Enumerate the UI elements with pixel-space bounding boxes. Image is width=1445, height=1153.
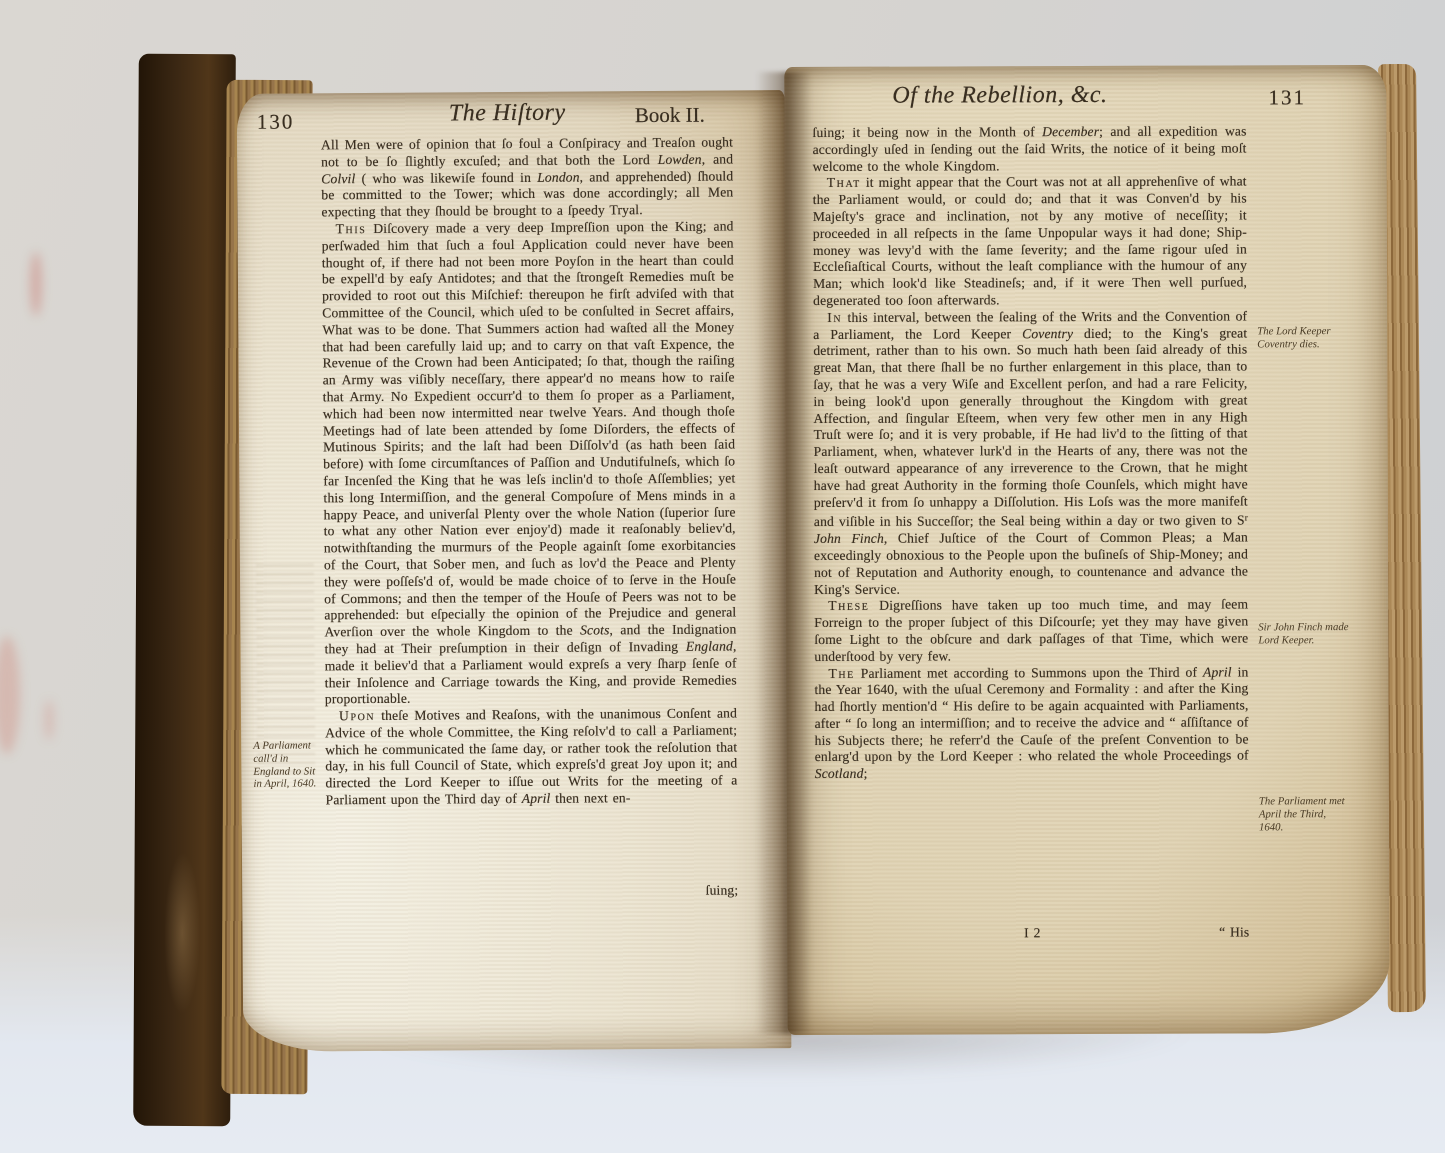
right-catchword: “ His	[1105, 924, 1250, 941]
margin-note-finch: Sir John Finch made Lord Keeper.	[1258, 621, 1352, 647]
text-segment: Diſcovery made a very deep Impreſſion up…	[322, 218, 737, 639]
spacer	[815, 925, 960, 942]
left-book-label: Book II.	[635, 103, 705, 128]
page-gutter	[756, 72, 812, 1034]
left-margin-note: A Parliament call'd in England to Sit in…	[253, 739, 321, 791]
text-segment: April	[522, 791, 551, 806]
text-segment: That	[827, 175, 861, 190]
pink-smudge	[30, 252, 42, 316]
text-segment: ſuing; it being now in the Month of	[813, 124, 1043, 140]
text-segment: died; to the King's great detriment, rat…	[813, 325, 1248, 529]
text-segment: In	[827, 310, 842, 325]
paragraph: That it might appear that the Court was …	[813, 174, 1247, 310]
margin-note-coventry: The Lord Keeper Coventry dies.	[1257, 325, 1351, 351]
text-segment: r	[1245, 513, 1248, 523]
right-page-text: ſuing; it being now in the Month of Dece…	[813, 123, 1249, 783]
text-segment: Scots	[580, 622, 610, 637]
text-segment: Upon	[339, 708, 375, 723]
left-catchword: ſuing;	[326, 882, 738, 902]
text-segment: Scotland	[815, 766, 864, 781]
text-segment: April	[1203, 664, 1232, 679]
paragraph: In this interval, between the ſealing of…	[813, 308, 1248, 598]
photo-of-open-book: { "left_page": { "page_number": "130", "…	[0, 0, 1445, 1153]
right-page-number: 131	[1268, 85, 1306, 110]
right-page: Of the Rebellion, &c. 131 ſuing; it bein…	[784, 65, 1389, 1035]
text-segment: ( who was likewiſe found in	[355, 169, 537, 185]
text-segment: then next en-	[550, 790, 630, 806]
text-segment: These	[828, 598, 869, 613]
left-page: 130 The Hiſtory Book II. All Men were of…	[237, 90, 792, 1052]
paragraph: This Diſcovery made a very deep Impreſſi…	[322, 218, 737, 708]
text-segment: Lowden	[658, 151, 702, 166]
text-segment: ;	[864, 766, 868, 781]
paragraph: Upon theſe Motives and Reaſons, with the…	[325, 706, 738, 810]
text-segment: December	[1042, 124, 1099, 139]
book-spine	[133, 54, 236, 1126]
paragraph: ſuing; it being now in the Month of Dece…	[813, 123, 1247, 175]
pink-smudge	[44, 700, 54, 740]
left-running-title: The Hiſtory	[449, 100, 566, 128]
pink-smudge	[0, 636, 20, 754]
paragraph: These Digreſſions have taken up too much…	[814, 597, 1248, 666]
text-segment: John Finch	[814, 531, 884, 546]
margin-note-parliament: The Parliament met April the Third, 1640…	[1259, 795, 1353, 834]
left-page-number: 130	[257, 110, 295, 135]
left-page-text: All Men were of opinion that ſo foul a C…	[321, 134, 738, 809]
paragraph: The Parliament met according to Summons …	[814, 664, 1248, 783]
text-segment: Colvil	[321, 171, 355, 186]
signature-mark: I 2	[960, 925, 1105, 942]
text-segment: London	[537, 169, 580, 184]
text-segment: The	[828, 665, 854, 680]
text-segment: Coventry	[1022, 326, 1073, 341]
text-segment: , and	[702, 151, 734, 166]
signature-line: I 2 “ His	[815, 924, 1249, 942]
text-segment: it might appear that the Court was not a…	[813, 174, 1247, 308]
paragraph: All Men were of opinion that ſo foul a C…	[321, 134, 734, 221]
right-running-title: Of the Rebellion, &c.	[892, 82, 1107, 110]
text-segment: Digreſſions have taken up too much time,…	[814, 597, 1248, 664]
text-segment: Parliament met according to Summons upon…	[855, 664, 1203, 680]
text-segment: England	[686, 638, 733, 653]
text-segment: This	[336, 221, 367, 236]
